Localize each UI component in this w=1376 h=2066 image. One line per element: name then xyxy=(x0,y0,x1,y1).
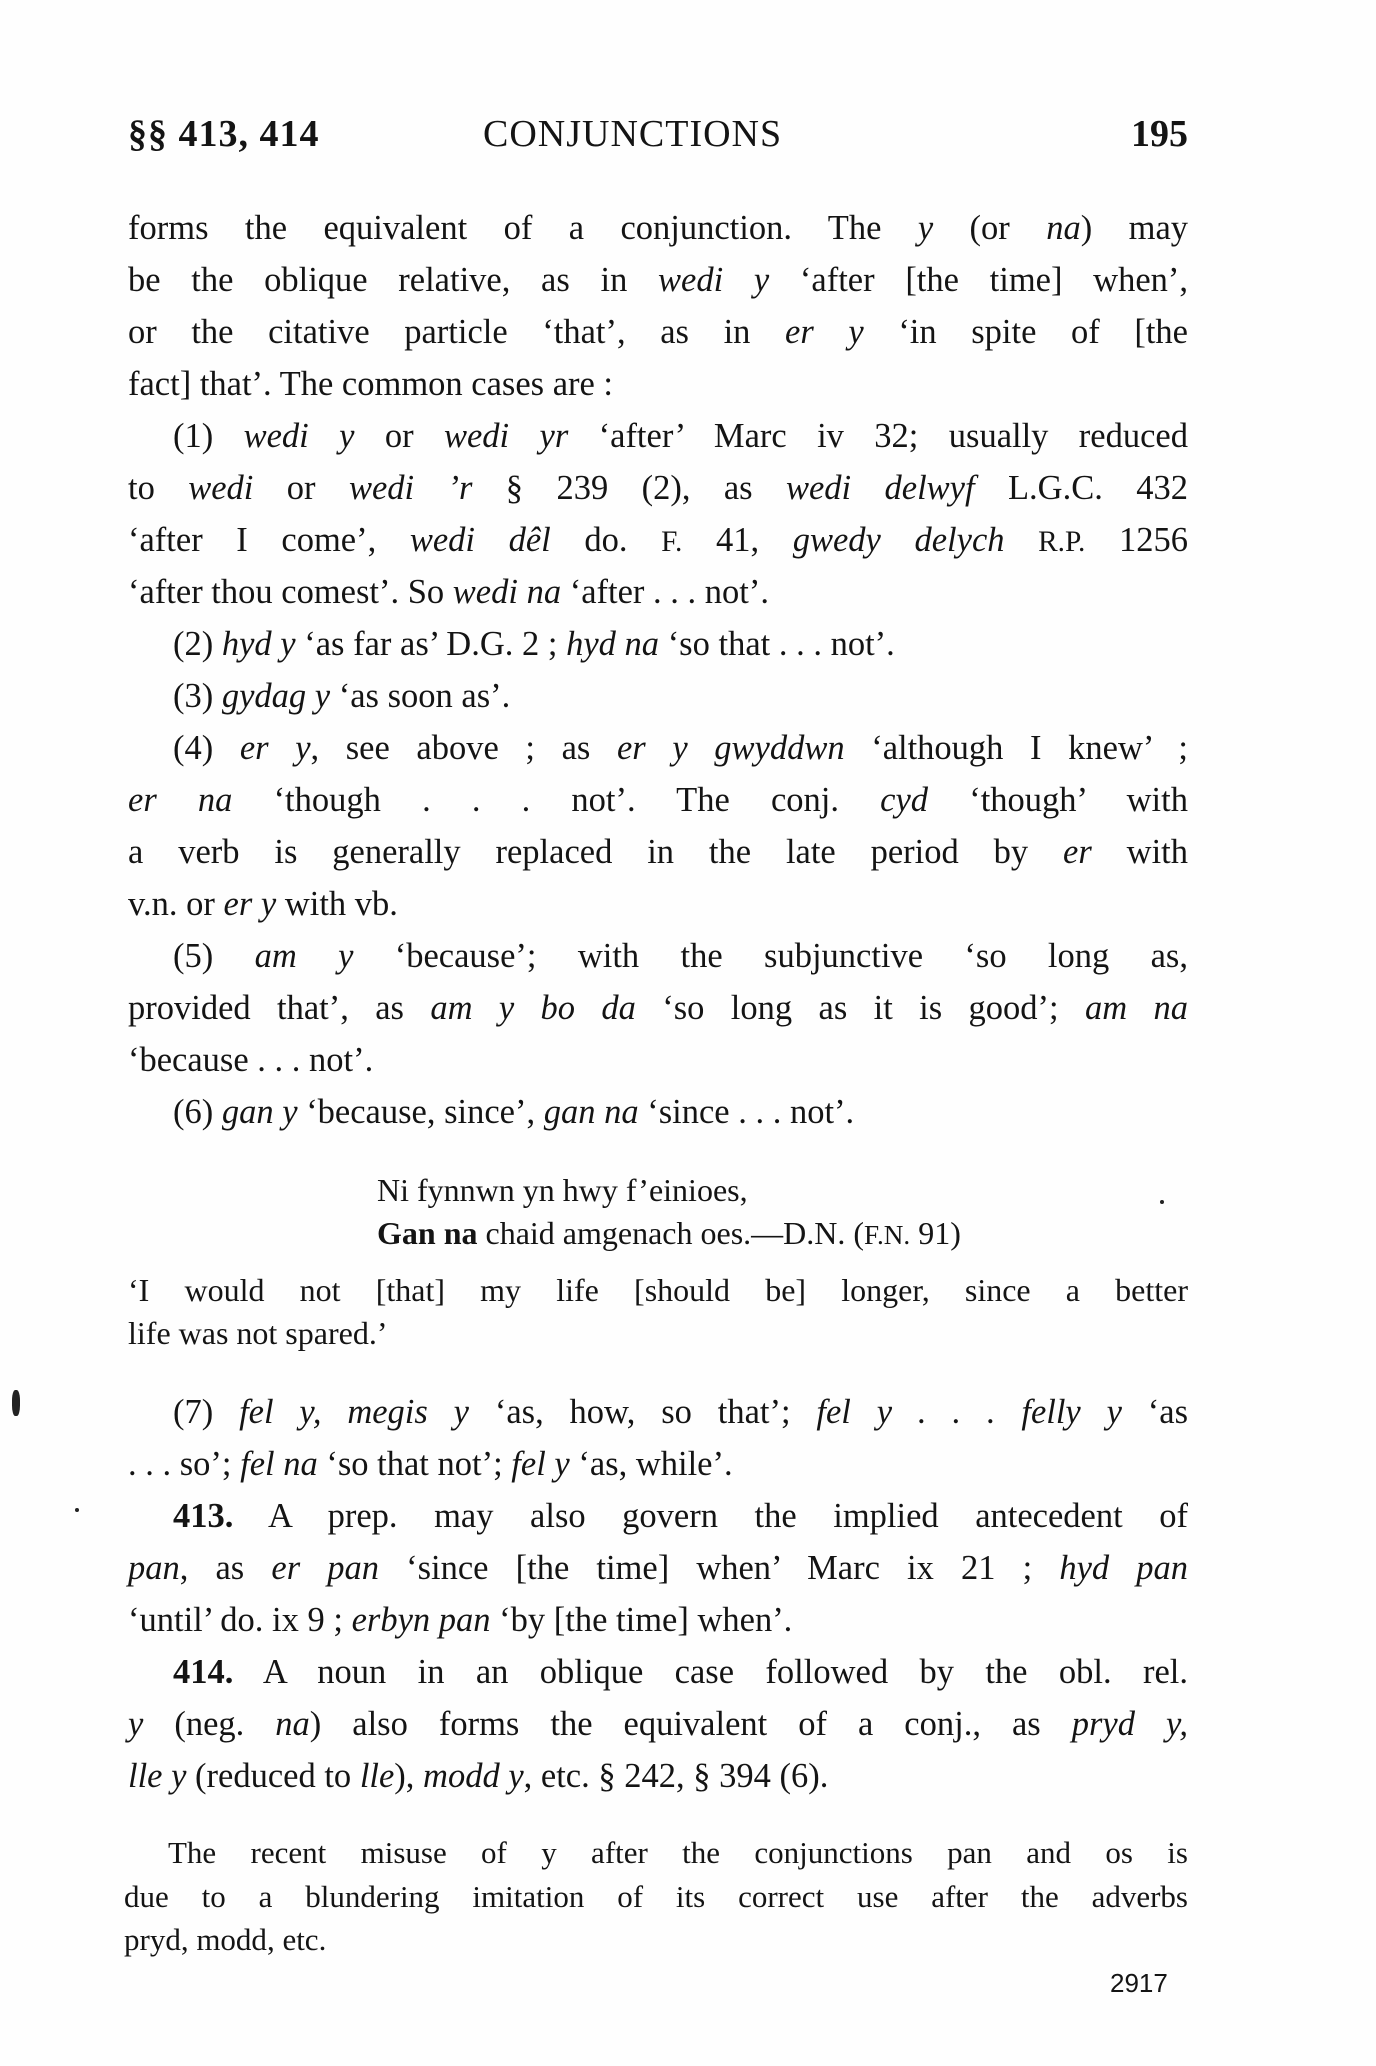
bold-label: Gan na xyxy=(377,1215,477,1251)
italic-term: er y xyxy=(224,885,277,923)
italic-term: hyd y xyxy=(222,625,296,663)
italic-term: lle xyxy=(360,1757,394,1795)
case-4-line: er na ‘though . . . not’. The conj. cyd … xyxy=(128,778,1188,822)
case-5-line: provided that’, as am y bo da ‘so long a… xyxy=(128,986,1188,1030)
para-414-line: lle y (reduced to lle), modd y, etc. § 2… xyxy=(128,1754,1188,1798)
text-line: forms the equivalent of a conjunction. T… xyxy=(128,206,1188,250)
italic-term: hyd pan xyxy=(1059,1549,1188,1587)
italic-term: wedi y xyxy=(658,261,769,299)
italic-term: pryd y, xyxy=(1072,1705,1188,1743)
small-caps-abbrev: F. xyxy=(661,526,682,558)
italic-term: am na xyxy=(1085,989,1188,1027)
italic-term: pan xyxy=(947,1835,992,1870)
footnote-line: The recent misuse of y after the conjunc… xyxy=(168,1833,1188,1873)
para-413-line: ‘until’ do. ix 9 ; erbyn pan ‘by [the ti… xyxy=(128,1598,1188,1642)
running-header: §§ 413, 414 CONJUNCTIONS 195 xyxy=(128,112,1188,162)
italic-term: hyd na xyxy=(566,625,659,663)
italic-term: wedi xyxy=(188,469,253,507)
italic-term: fel y, megis y xyxy=(239,1393,469,1431)
italic-term: y xyxy=(128,1705,143,1743)
italic-term: er xyxy=(1063,833,1092,871)
para-413-line: 413. A prep. may also govern the implied… xyxy=(173,1494,1188,1538)
italic-term: gydag y xyxy=(222,677,330,715)
para-414-line: y (neg. na) also forms the equivalent of… xyxy=(128,1702,1188,1746)
italic-term: gwedy delych xyxy=(793,521,1005,559)
case-2-line: (2) hyd y ‘as far as’ D.G. 2 ; hyd na ‘s… xyxy=(173,622,1188,666)
poem-line: Ni fynnwn yn hwy f’einioes, xyxy=(377,1170,748,1210)
scan-blemish xyxy=(12,1390,20,1416)
case-7-line: (7) fel y, megis y ‘as, how, so that’; f… xyxy=(173,1390,1188,1434)
scanned-book-page: §§ 413, 414 CONJUNCTIONS 195 forms the e… xyxy=(0,0,1376,2066)
case-7-line: . . . so’; fel na ‘so that not’; fel y ‘… xyxy=(128,1442,1188,1486)
scan-blemish xyxy=(1160,1200,1164,1204)
italic-term: pan xyxy=(128,1549,180,1587)
small-caps-abbrev: F.N. xyxy=(864,1220,910,1250)
italic-term: wedi delwyf xyxy=(786,469,975,507)
italic-term: pryd, modd xyxy=(124,1922,267,1957)
bold-label: 414. xyxy=(173,1653,233,1691)
italic-term: wedi yr xyxy=(444,417,568,455)
text-line: fact] that’. The common cases are : xyxy=(128,362,1188,406)
case-3-line: (3) gydag y ‘as soon as’. xyxy=(173,674,1188,718)
italic-term: lle y xyxy=(128,1757,186,1795)
case-4-line: v.n. or er y with vb. xyxy=(128,882,1188,926)
para-413-line: pan, as er pan ‘since [the time] when’ M… xyxy=(128,1546,1188,1590)
italic-term: am y xyxy=(255,937,354,975)
italic-term: er y xyxy=(785,313,864,351)
translation-line: life was not spared.’ xyxy=(128,1313,1188,1353)
italic-term: wedi dêl xyxy=(410,521,551,559)
italic-term: wedi na xyxy=(453,573,561,611)
italic-term: Ni fynnwn yn hwy f’einioes, xyxy=(377,1172,748,1208)
bold-label: 413. xyxy=(173,1497,233,1535)
translation-line: ‘I would not [that] my life [should be] … xyxy=(128,1270,1188,1310)
italic-term: fel y xyxy=(511,1445,569,1483)
italic-term: na xyxy=(275,1705,310,1743)
small-caps-abbrev: R.P. xyxy=(1038,526,1085,558)
italic-term: erbyn pan xyxy=(352,1601,491,1639)
italic-term: modd y xyxy=(423,1757,524,1795)
italic-term: er y xyxy=(240,729,311,767)
case-4-line: (4) er y, see above ; as er y gwyddwn ‘a… xyxy=(173,726,1188,770)
poem-line: Gan na chaid amgenach oes.—D.N. (F.N. 91… xyxy=(377,1213,961,1255)
text-line: or the citative particle ‘that’, as in e… xyxy=(128,310,1188,354)
italic-term: am y bo da xyxy=(430,989,636,1027)
scan-blemish xyxy=(75,1508,79,1512)
italic-term: gan na xyxy=(544,1093,639,1131)
case-1-line: (1) wedi y or wedi yr ‘after’ Marc iv 32… xyxy=(173,414,1188,458)
case-4-line: a verb is generally replaced in the late… xyxy=(128,830,1188,874)
italic-term: y xyxy=(541,1835,557,1870)
section-reference: §§ 413, 414 xyxy=(128,112,320,156)
case-1-line: ‘after thou comest’. So wedi na ‘after .… xyxy=(128,570,1188,614)
case-1-line: to wedi or wedi ’r § 239 (2), as wedi de… xyxy=(128,466,1188,510)
italic-term: fel na xyxy=(240,1445,318,1483)
case-6-line: (6) gan y ‘because, since’, gan na ‘sinc… xyxy=(173,1090,1188,1134)
scan-id-stamp: 2917 xyxy=(1110,1968,1168,1999)
italic-term: gan y xyxy=(222,1093,298,1131)
italic-term: er y gwyddwn xyxy=(617,729,845,767)
italic-term: chaid amgenach oes. xyxy=(485,1215,751,1251)
case-5-line: (5) am y ‘because’; with the subjunctive… xyxy=(173,934,1188,978)
italic-term: er pan xyxy=(271,1549,379,1587)
para-414-line: 414. A noun in an oblique case followed … xyxy=(173,1650,1188,1694)
case-1-line: ‘after I come’, wedi dêl do. F. 41, gwed… xyxy=(128,518,1188,564)
footnote-line: pryd, modd, etc. xyxy=(124,1920,1188,1960)
chapter-title: CONJUNCTIONS xyxy=(483,112,782,156)
italic-term: y xyxy=(918,209,933,247)
italic-term: na xyxy=(1046,209,1081,247)
italic-term: fel y . . . felly y xyxy=(816,1393,1122,1431)
footnote-line: due to a blundering imitation of its cor… xyxy=(124,1877,1188,1917)
text-line: be the oblique relative, as in wedi y ‘a… xyxy=(128,258,1188,302)
italic-term: wedi ’r xyxy=(349,469,472,507)
italic-term: wedi y xyxy=(244,417,355,455)
italic-term: cyd xyxy=(880,781,928,819)
italic-term: er na xyxy=(128,781,232,819)
page-number: 195 xyxy=(1131,112,1188,156)
italic-term: os xyxy=(1105,1835,1133,1870)
case-5-line: ‘because . . . not’. xyxy=(128,1038,1188,1082)
